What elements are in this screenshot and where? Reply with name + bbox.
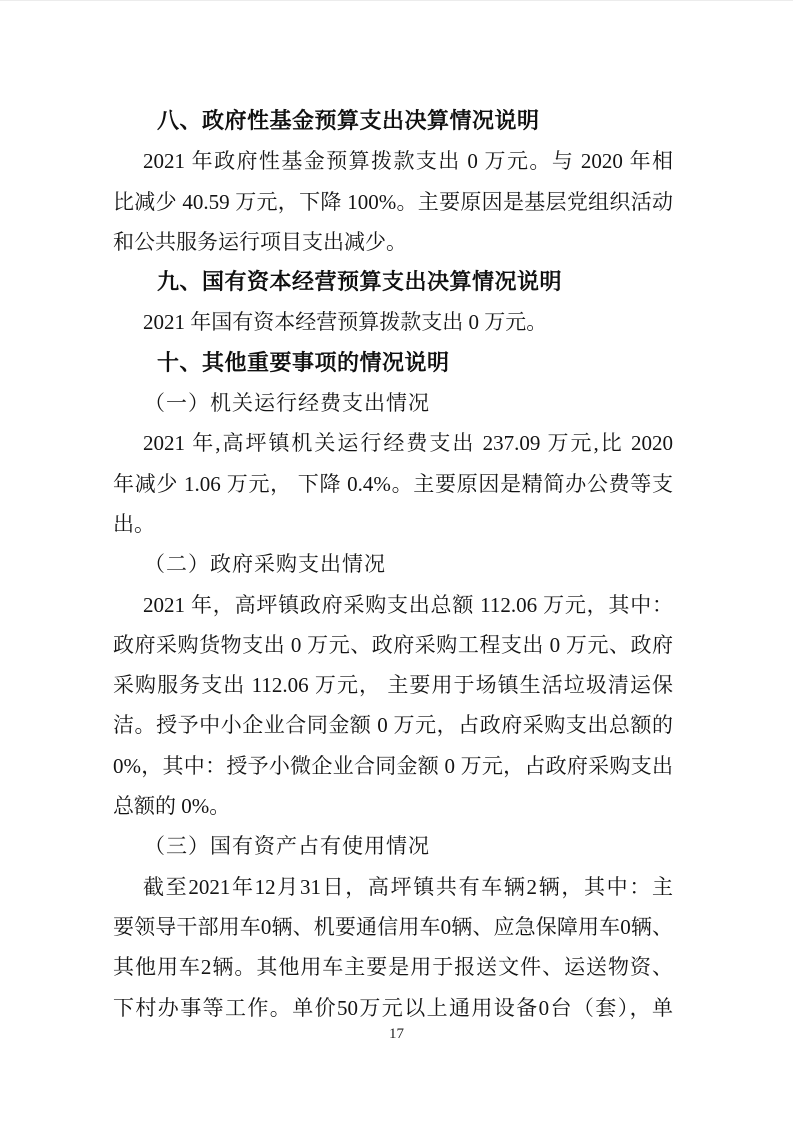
text-line: 和公共服务运行项目支出减少。	[113, 222, 673, 262]
section-heading-10: 十、其他重要事项的情况说明	[113, 343, 673, 383]
text-line: 2021 年,高坪镇机关运行经费支出 237.09 万元,比 2020	[113, 423, 673, 463]
page-number: 17	[0, 1024, 793, 1044]
text-line: 政府采购货物支出 0 万元、政府采购工程支出 0 万元、政府	[113, 625, 673, 665]
text-line: 下村办事等工作。单价50万元以上通用设备0台（套），单	[113, 988, 673, 1028]
document-page: 八、政府性基金预算支出决算情况说明 2021 年政府性基金预算拨款支出 0 万元…	[0, 0, 793, 1123]
text-line: 截至2021年12月31日，高坪镇共有车辆2辆，其中：主	[113, 867, 673, 907]
document-body: 八、政府性基金预算支出决算情况说明 2021 年政府性基金预算拨款支出 0 万元…	[113, 101, 673, 1028]
paragraph-state-capital: 2021 年国有资本经营预算拨款支出 0 万元。	[113, 302, 673, 342]
text-line: 0%，其中：授予小微企业合同金额 0 万元，占政府采购支出	[113, 746, 673, 786]
paragraph-fund-budget: 2021 年政府性基金预算拨款支出 0 万元。与 2020 年相 比减少 40.…	[113, 141, 673, 262]
paragraph-operating-expense: 2021 年,高坪镇机关运行经费支出 237.09 万元,比 2020 年减少 …	[113, 423, 673, 544]
text-line: 2021 年政府性基金预算拨款支出 0 万元。与 2020 年相	[113, 141, 673, 181]
subsection-heading-3: （三）国有资产占有使用情况	[113, 826, 673, 866]
text-line: 洁。授予中小企业合同金额 0 万元，占政府采购支出总额的	[113, 705, 673, 745]
paragraph-procurement: 2021 年，高坪镇政府采购支出总额 112.06 万元，其中： 政府采购货物支…	[113, 585, 673, 827]
subsection-heading-2: （二）政府采购支出情况	[113, 544, 673, 584]
text-line: 采购服务支出 112.06 万元， 主要用于场镇生活垃圾清运保	[113, 665, 673, 705]
text-line: 要领导干部用车0辆、机要通信用车0辆、应急保障用车0辆、	[113, 907, 673, 947]
text-line: 其他用车2辆。其他用车主要是用于报送文件、运送物资、	[113, 947, 673, 987]
text-line: 2021 年国有资本经营预算拨款支出 0 万元。	[113, 302, 673, 342]
section-heading-9: 九、国有资本经营预算支出决算情况说明	[113, 262, 673, 302]
section-heading-8: 八、政府性基金预算支出决算情况说明	[113, 101, 673, 141]
text-line: 总额的 0%。	[113, 786, 673, 826]
subsection-heading-1: （一）机关运行经费支出情况	[113, 383, 673, 423]
text-line: 比减少 40.59 万元，下降 100%。主要原因是基层党组织活动	[113, 182, 673, 222]
paragraph-state-assets: 截至2021年12月31日，高坪镇共有车辆2辆，其中：主 要领导干部用车0辆、机…	[113, 867, 673, 1028]
text-line: 2021 年，高坪镇政府采购支出总额 112.06 万元，其中：	[113, 585, 673, 625]
text-line: 年减少 1.06 万元， 下降 0.4%。主要原因是精简办公费等支	[113, 464, 673, 504]
text-line: 出。	[113, 504, 673, 544]
